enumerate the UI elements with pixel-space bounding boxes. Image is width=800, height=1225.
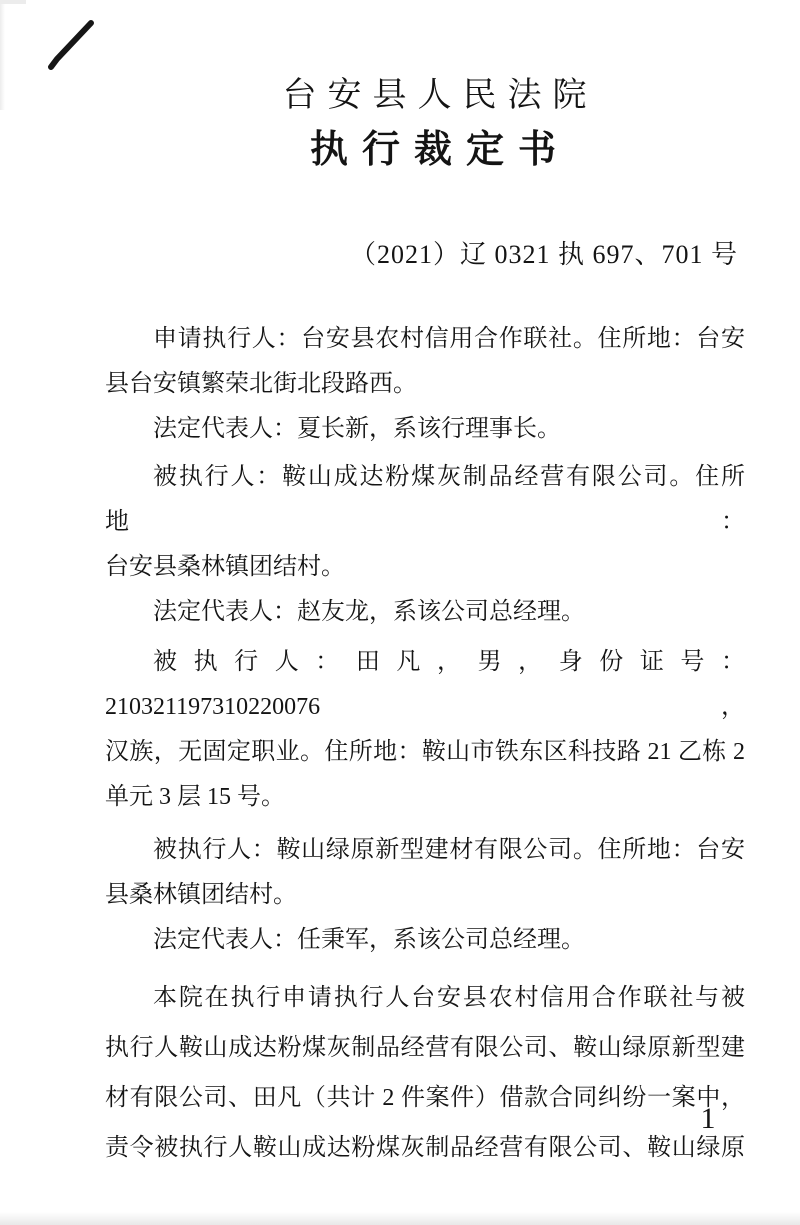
body-line: 本院在执行申请执行人台安县农村信用合作联社与被 (105, 973, 745, 1023)
body-line: 申请执行人：台安县农村信用合作联社。住所地：台安 (105, 317, 745, 362)
body-line: 单元 3 层 15 号。 (105, 775, 745, 820)
paragraph-respondent-company-1: 被执行人：鞍山成达粉煤灰制品经营有限公司。住所地： 台安县桑林镇团结村。 法定代… (105, 455, 745, 635)
scan-edge-bottom (0, 1212, 800, 1225)
paragraph-applicant: 申请执行人：台安县农村信用合作联社。住所地：台安 县台安镇繁荣北街北段路西。 法… (105, 317, 745, 452)
body-line: 法定代表人：夏长新，系该行理事长。 (105, 407, 745, 452)
scan-edge-top (0, 0, 26, 4)
document-type-heading: 执行裁定书 (129, 124, 751, 176)
scan-edge-left (0, 0, 5, 110)
body-line: 被执行人：鞍山成达粉煤灰制品经营有限公司。住所地： (105, 455, 745, 545)
case-number: （2021）辽 0321 执 697、701 号 (105, 237, 738, 273)
body-line: 县台安镇繁荣北街北段路西。 (105, 362, 745, 407)
page-number: 1 (688, 1100, 728, 1138)
document-body: 申请执行人：台安县农村信用合作联社。住所地：台安 县台安镇繁荣北街北段路西。 法… (105, 317, 745, 1173)
paragraph-case-summary: 本院在执行申请执行人台安县农村信用合作联社与被 执行人鞍山成达粉煤灰制品经营有限… (105, 973, 745, 1173)
body-line: 责令被执行人鞍山成达粉煤灰制品经营有限公司、鞍山绿原 (105, 1123, 745, 1173)
body-line: 法定代表人：任秉军，系该公司总经理。 (105, 918, 745, 963)
body-line: 执行人鞍山成达粉煤灰制品经营有限公司、鞍山绿原新型建 (105, 1023, 745, 1073)
body-line: 被执行人：鞍山绿原新型建材有限公司。住所地：台安 (105, 828, 745, 873)
body-line: 法定代表人：赵友龙，系该公司总经理。 (105, 590, 745, 635)
body-line: 被执行人：田凡，男，身份证号：210321197310220076， (105, 640, 745, 730)
paragraph-respondent-company-2: 被执行人：鞍山绿原新型建材有限公司。住所地：台安 县桑林镇团结村。 法定代表人：… (105, 828, 745, 963)
body-line: 材有限公司、田凡（共计 2 件案件）借款合同纠纷一案中， (105, 1073, 745, 1123)
pen-checkmark-icon (40, 10, 110, 80)
paragraph-respondent-person: 被执行人：田凡，男，身份证号：210321197310220076， 汉族，无固… (105, 640, 745, 820)
body-line: 台安县桑林镇团结村。 (105, 545, 745, 590)
court-name-heading: 台安县人民法院 (129, 74, 751, 118)
body-line: 县桑林镇团结村。 (105, 873, 745, 918)
scanned-court-document-page: 台安县人民法院 执行裁定书 （2021）辽 0321 执 697、701 号 申… (0, 0, 800, 1225)
body-line: 汉族，无固定职业。住所地：鞍山市铁东区科技路 21 乙栋 2 (105, 730, 745, 775)
